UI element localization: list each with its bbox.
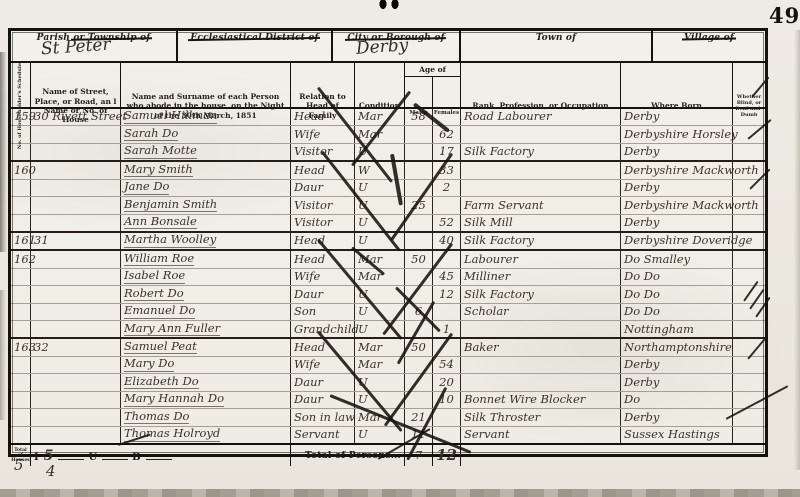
occupation: Scholar — [464, 306, 509, 318]
marital-condition: W — [358, 165, 370, 177]
infirmity-cell — [733, 321, 765, 337]
marital-condition: Mar — [358, 111, 382, 123]
blank-line — [146, 451, 172, 460]
age-female: 40 — [439, 235, 454, 247]
person-name: Sarah Motte — [124, 145, 197, 159]
occupation: Milliner — [464, 271, 510, 283]
table-row: Mary Hannah Do Daur U 10 Bonnet Wire Blo… — [11, 392, 765, 409]
age-male: 25 — [411, 200, 426, 212]
person-name: Robert Do — [124, 288, 184, 302]
age-female: 54 — [439, 359, 454, 371]
marital-condition: U — [358, 200, 368, 212]
marital-condition: U — [358, 217, 368, 229]
age-female: 1 — [443, 324, 450, 336]
table-row: Mary Ann Fuller Grandchild U 1 Nottingha… — [11, 321, 765, 339]
inhabited-label: I — [34, 452, 40, 463]
infirmity-cell — [733, 286, 765, 302]
relation-to-head: Daur — [294, 377, 323, 389]
infirmity-cell — [733, 162, 765, 178]
infirmity-cell — [733, 197, 765, 213]
birthplace: Northamptonshire — [624, 342, 732, 354]
table-row: Robert Do Daur U 12 Silk Factory Do Do — [11, 286, 765, 303]
houses-iub-box: I 5 U B — [31, 445, 291, 466]
infirmity-cell — [733, 409, 765, 425]
ecclesiastical-district-label: Ecclesiastical District of — [178, 33, 331, 43]
person-name: Mary Smith — [124, 164, 193, 178]
uninhabited-label: U — [88, 452, 98, 463]
scan-edge-shadow — [0, 489, 800, 497]
person-name: Mary Ann Fuller — [124, 323, 220, 337]
relation-to-head: Grandchild — [294, 324, 359, 336]
blank-line — [102, 451, 128, 460]
birthplace: Do Do — [624, 271, 660, 283]
table-row: 163 32 Samuel Peat Head Mar 50 Baker Nor… — [11, 339, 765, 356]
occupation: Silk Factory — [464, 289, 534, 301]
house-address: 31 — [34, 235, 49, 247]
age-female: 33 — [439, 165, 454, 177]
form-header-band: Parish or Township of St Peter Ecclesias… — [11, 31, 765, 63]
birthplace: Derby — [624, 111, 659, 123]
birthplace: Derby — [624, 359, 659, 371]
relation-to-head: Visitor — [294, 217, 332, 229]
occupation: Silk Factory — [464, 146, 534, 158]
infirmity-cell — [733, 304, 765, 320]
table-row: Elizabeth Do Daur U 20 Derby — [11, 374, 765, 391]
table-row: Thomas Do Son in law Mar 21 Silk Throste… — [11, 409, 765, 426]
birthplace: Do Do — [624, 306, 660, 318]
margin-note: 5 — [14, 458, 24, 473]
marital-condition: U — [358, 429, 368, 441]
age-female: 2 — [443, 182, 450, 194]
infirmity-cell — [733, 180, 765, 196]
table-row: 159 30 Rivett Street Samuel Hillman Head… — [11, 109, 765, 126]
age-female: 45 — [439, 271, 454, 283]
column-header-row: No. of Householder's Schedule Name of St… — [11, 63, 765, 109]
person-name: Samuel Hillman — [124, 110, 217, 124]
marital-condition: U — [358, 235, 368, 247]
marital-condition: Mar — [358, 412, 382, 424]
records-area: 159 30 Rivett Street Samuel Hillman Head… — [11, 109, 765, 443]
relation-to-head: Wife — [294, 359, 320, 371]
relation-to-head: Visitor — [294, 200, 332, 212]
birthplace: Nottingham — [624, 324, 694, 336]
village-label: Village of — [653, 33, 765, 43]
table-row: Thomas Holroyd Servant U 11 Servant Suss… — [11, 427, 765, 443]
person-name: Martha Woolley — [124, 234, 216, 248]
person-name: Emanuel Do — [124, 305, 195, 319]
marital-condition: U — [358, 182, 368, 194]
birthplace: Derby — [624, 412, 659, 424]
relation-to-head: Wife — [294, 129, 320, 141]
table-row: Ann Bonsale Visitor U 52 Silk Mill Derby — [11, 215, 765, 233]
marital-condition: Mar — [358, 359, 382, 371]
birthplace: Do — [624, 394, 640, 406]
houses-inhabited-value: 5 — [44, 449, 55, 463]
header-field-city-borough: City or Borough of Derby — [333, 31, 461, 61]
marital-condition: U — [358, 377, 368, 389]
header-field-ecclesiastical-district: Ecclesiastical District of — [178, 31, 333, 61]
infirmity-cell — [733, 251, 765, 267]
marital-condition: Mar — [358, 342, 382, 354]
table-row: Mary Do Wife Mar 54 Derby — [11, 357, 765, 374]
relation-to-head: Head — [294, 111, 325, 123]
infirmity-cell — [733, 215, 765, 231]
ink-blot-icon — [376, 0, 402, 12]
relation-to-head: Visitor — [294, 146, 332, 158]
town-label: Town of — [461, 33, 651, 43]
age-male: 6 — [415, 306, 422, 318]
infirmity-cell — [733, 109, 765, 125]
margin-note: 4 — [46, 464, 56, 479]
table-row: 160 Mary Smith Head W 33 Derbyshire Mack… — [11, 162, 765, 179]
person-name: Elizabeth Do — [124, 376, 199, 390]
age-female: 10 — [439, 394, 454, 406]
census-page: 49 Parish or Township of St Peter Eccles… — [0, 0, 800, 497]
marital-condition: U — [358, 306, 368, 318]
house-address: 32 — [34, 342, 49, 354]
relation-to-head: Son in law — [294, 412, 355, 424]
infirmity-cell — [733, 357, 765, 373]
table-row: Sarah Motte Visitor U 17 Silk Factory De… — [11, 144, 765, 162]
occupation: Servant — [464, 429, 510, 441]
infirmity-cell — [733, 126, 765, 142]
person-name: Ann Bonsale — [124, 216, 197, 230]
infirmity-cell — [733, 144, 765, 160]
marital-condition: U — [358, 146, 368, 158]
table-row: Sarah Do Wife Mar 62 Derbyshire Horsley — [11, 126, 765, 143]
occupation: Silk Throster — [464, 412, 540, 424]
relation-to-head: Servant — [294, 429, 340, 441]
relation-to-head: Head — [294, 165, 325, 177]
house-address: 30 Rivett Street — [34, 111, 127, 123]
header-field-parish: Parish or Township of St Peter — [11, 31, 178, 61]
table-row: 162 William Roe Head Mar 50 Labourer Do … — [11, 251, 765, 268]
relation-to-head: Daur — [294, 182, 323, 194]
scan-edge-shadow — [794, 30, 800, 470]
table-row: Jane Do Daur U 2 Derby — [11, 180, 765, 197]
form-frame: Parish or Township of St Peter Ecclesias… — [8, 28, 768, 457]
age-female: 62 — [439, 129, 454, 141]
person-name: Sarah Do — [124, 128, 178, 142]
birthplace: Do Do — [624, 289, 660, 301]
infirmity-cell — [733, 427, 765, 443]
birthplace: Sussex Hastings — [624, 429, 720, 441]
infirmity-cell — [733, 392, 765, 408]
age-male: 58 — [411, 111, 426, 123]
page-number: 49 — [769, 3, 800, 28]
person-name: Thomas Holroyd — [124, 428, 220, 442]
blank-line — [58, 451, 84, 460]
infirmity-cell — [733, 339, 765, 355]
person-name: William Roe — [124, 253, 194, 267]
person-name: Samuel Peat — [124, 341, 197, 355]
marital-condition: U — [358, 289, 368, 301]
table-row: Benjamin Smith Visitor U 25 Farm Servant… — [11, 197, 765, 214]
person-name: Mary Do — [124, 358, 174, 372]
relation-to-head: Daur — [294, 289, 323, 301]
total-persons-label: Total of Persons... — [291, 445, 405, 466]
relation-to-head: Head — [294, 254, 325, 266]
relation-to-head: Head — [294, 235, 325, 247]
header-field-village: Village of — [653, 31, 765, 61]
birthplace: Derby — [624, 146, 659, 158]
age-female: 52 — [439, 217, 454, 229]
person-name: Benjamin Smith — [124, 199, 217, 213]
age-male: 21 — [411, 412, 426, 424]
age-female: 12 — [439, 289, 454, 301]
birthplace: Do Smalley — [624, 254, 690, 266]
table-row: 161 31 Martha Woolley Head U 40 Silk Fac… — [11, 233, 765, 251]
age-of-label: Age of — [405, 63, 460, 77]
occupation: Road Labourer — [464, 111, 551, 123]
relation-to-head: Head — [294, 342, 325, 354]
scan-edge-shadow — [0, 290, 6, 420]
occupation: Farm Servant — [464, 200, 544, 212]
occupation: Labourer — [464, 254, 518, 266]
total-persons-male: 7 — [415, 450, 422, 462]
total-persons-female: 12 — [436, 448, 457, 463]
marital-condition: U — [358, 324, 368, 336]
marital-condition: Mar — [358, 254, 382, 266]
relation-to-head: Son — [294, 306, 316, 318]
header-field-town: Town of — [461, 31, 653, 61]
marital-condition: Mar — [358, 129, 382, 141]
infirmity-cell — [733, 269, 765, 285]
age-female: 17 — [439, 146, 454, 158]
age-male: 11 — [411, 429, 426, 441]
age-male: 50 — [411, 254, 426, 266]
footer-empty-cell — [461, 445, 765, 466]
building-label: B — [132, 452, 141, 463]
totals-row: Total of Houses I 5 U B Total of Persons… — [11, 443, 765, 466]
occupation: Baker — [464, 342, 499, 354]
person-name: Isabel Roe — [124, 270, 185, 284]
person-name: Mary Hannah Do — [124, 393, 224, 407]
relation-to-head: Daur — [294, 394, 323, 406]
marital-condition: Mar — [358, 271, 382, 283]
age-male: 50 — [411, 342, 426, 354]
scan-edge-shadow — [0, 52, 7, 252]
person-name: Thomas Do — [124, 411, 189, 425]
occupation: Silk Factory — [464, 235, 534, 247]
marital-condition: U — [358, 394, 368, 406]
occupation: Bonnet Wire Blocker — [464, 394, 585, 406]
infirmity-cell — [733, 233, 765, 249]
person-name: Jane Do — [124, 181, 169, 195]
occupation: Silk Mill — [464, 217, 513, 229]
birthplace: Derby — [624, 377, 659, 389]
birthplace: Derby — [624, 217, 659, 229]
table-row: Emanuel Do Son U 6 Scholar Do Do — [11, 304, 765, 321]
birthplace: Derby — [624, 182, 659, 194]
parish-value: St Peter — [40, 37, 111, 59]
age-female: 20 — [439, 377, 454, 389]
infirmity-cell — [733, 374, 765, 390]
table-row: Isabel Roe Wife Mar 45 Milliner Do Do — [11, 269, 765, 286]
relation-to-head: Wife — [294, 271, 320, 283]
birthplace: Derbyshire Horsley — [624, 129, 738, 141]
city-borough-value: Derby — [355, 37, 408, 58]
